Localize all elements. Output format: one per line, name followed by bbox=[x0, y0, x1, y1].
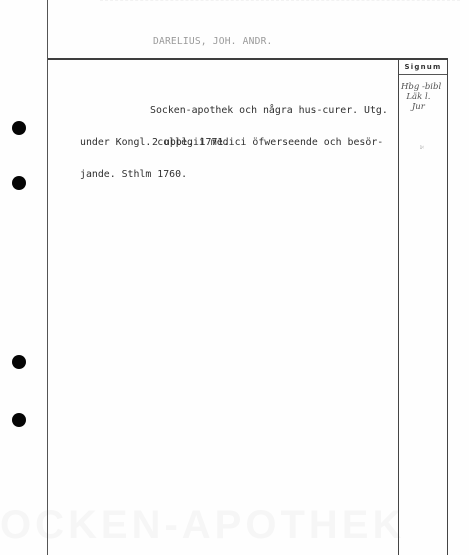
punch-hole-2 bbox=[12, 176, 26, 190]
signum-hand-line-1: Hbg -bibl bbox=[401, 82, 441, 92]
header-rule bbox=[48, 58, 448, 60]
signum-pencil-mark: ı‹ bbox=[420, 144, 424, 151]
show-through-bottom: OCKEN-APOTHEK bbox=[0, 505, 320, 545]
edition-note: 2 uppl. 1771. bbox=[152, 137, 229, 148]
left-margin-rule bbox=[47, 0, 48, 555]
signum-hand-line-2: Läk l. bbox=[406, 92, 430, 102]
author-heading: DARELIUS, JOH. ANDR. bbox=[153, 36, 273, 47]
entry-line-3: jande. Sthlm 1760. bbox=[80, 170, 388, 181]
signum-column: Signum Hbg -bibl Läk l. Jur ı‹ bbox=[398, 60, 448, 555]
show-through-top bbox=[100, 0, 460, 9]
signum-hand-line-3: Jur bbox=[412, 102, 425, 112]
bibliographic-entry: Socken-apothek och några hus-curer. Utg.… bbox=[80, 85, 388, 202]
punch-hole-3 bbox=[12, 355, 26, 369]
catalog-card: OCKEN-APOTHEK DARELIUS, JOH. ANDR. Signu… bbox=[0, 0, 469, 555]
punch-hole-4 bbox=[12, 413, 26, 427]
entry-line-1: Socken-apothek och några hus-curer. Utg. bbox=[80, 106, 388, 117]
signum-handwriting: Hbg -bibl Läk l. Jur bbox=[401, 82, 447, 112]
punch-hole-1 bbox=[12, 121, 26, 135]
entry-line-2: under Kongl. collegii medici öfwerseende… bbox=[80, 138, 388, 149]
signum-label: Signum bbox=[399, 60, 447, 75]
